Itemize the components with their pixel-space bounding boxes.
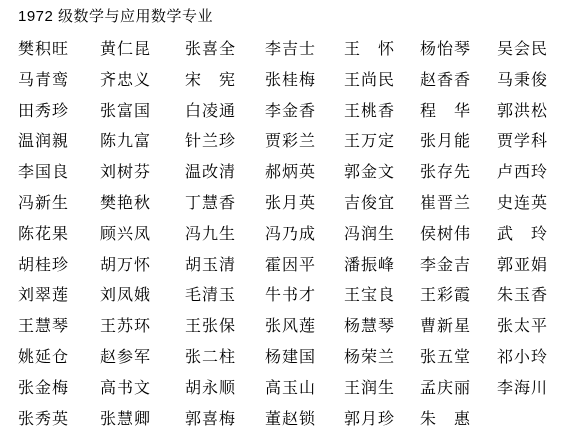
name-cell: 王彩霞: [420, 281, 497, 312]
name-cell: 高书文: [100, 374, 185, 405]
name-cell: 史连英: [497, 189, 580, 220]
name-cell: 董赵锁: [265, 405, 344, 436]
name-cell: 程 华: [420, 97, 497, 128]
name-cell: 李海川: [497, 374, 580, 405]
name-cell: 牛书才: [265, 281, 344, 312]
name-cell: 张桂梅: [265, 66, 344, 97]
name-cell: 黄仁昆: [100, 35, 185, 66]
document-page: 1972 级数学与应用数学专业 樊积旺黄仁昆张喜全李吉士王 怀杨怡琴吴会民马青鸾…: [0, 0, 580, 437]
name-cell: 李金香: [265, 97, 344, 128]
name-cell: 毛清玉: [185, 281, 265, 312]
name-cell: 丁慧香: [185, 189, 265, 220]
name-cell: 温改清: [185, 158, 265, 189]
name-cell: 张喜全: [185, 35, 265, 66]
name-cell: 王慧琴: [18, 312, 100, 343]
name-cell: 贾学科: [497, 127, 580, 158]
name-cell: 温润親: [18, 127, 100, 158]
name-cell: 胡万怀: [100, 251, 185, 282]
name-cell: [497, 405, 580, 436]
name-cell: 朱玉香: [497, 281, 580, 312]
name-cell: 张月英: [265, 189, 344, 220]
page-title: 1972 级数学与应用数学专业: [18, 6, 580, 28]
name-cell: 刘翠莲: [18, 281, 100, 312]
name-cell: 李金吉: [420, 251, 497, 282]
name-cell: 张存先: [420, 158, 497, 189]
name-cell: 杨慧琴: [344, 312, 420, 343]
name-cell: 贾彩兰: [265, 127, 344, 158]
name-cell: 高玉山: [265, 374, 344, 405]
name-cell: 赵参军: [100, 343, 185, 374]
name-cell: 王宝良: [344, 281, 420, 312]
name-cell: 张慧卿: [100, 405, 185, 436]
name-cell: 马秉俊: [497, 66, 580, 97]
name-cell: 田秀珍: [18, 97, 100, 128]
name-list-grid: 樊积旺黄仁昆张喜全李吉士王 怀杨怡琴吴会民马青鸾齐忠义宋 宪张桂梅王尚民赵香香马…: [18, 35, 580, 435]
name-cell: 郭洪松: [497, 97, 580, 128]
name-cell: 王润生: [344, 374, 420, 405]
name-cell: 冯新生: [18, 189, 100, 220]
name-cell: 张月能: [420, 127, 497, 158]
name-cell: 侯树伟: [420, 220, 497, 251]
name-cell: 王尚民: [344, 66, 420, 97]
name-cell: 郭亚娟: [497, 251, 580, 282]
name-cell: 冯润生: [344, 220, 420, 251]
name-cell: 王万定: [344, 127, 420, 158]
name-cell: 张二柱: [185, 343, 265, 374]
name-cell: 杨荣兰: [344, 343, 420, 374]
name-cell: 霍因平: [265, 251, 344, 282]
name-cell: 胡桂珍: [18, 251, 100, 282]
name-cell: 张风莲: [265, 312, 344, 343]
name-cell: 张金梅: [18, 374, 100, 405]
name-cell: 曹新星: [420, 312, 497, 343]
name-cell: 刘树芬: [100, 158, 185, 189]
name-cell: 针兰珍: [185, 127, 265, 158]
name-cell: 冯乃成: [265, 220, 344, 251]
name-cell: 孟庆丽: [420, 374, 497, 405]
name-cell: 郝炳英: [265, 158, 344, 189]
name-cell: 崔晋兰: [420, 189, 497, 220]
name-cell: 王张保: [185, 312, 265, 343]
name-cell: 王桃香: [344, 97, 420, 128]
name-cell: 杨怡琴: [420, 35, 497, 66]
name-cell: 李国良: [18, 158, 100, 189]
name-cell: 刘凤娥: [100, 281, 185, 312]
name-cell: 樊艳秋: [100, 189, 185, 220]
name-cell: 祁小玲: [497, 343, 580, 374]
name-cell: 郭喜梅: [185, 405, 265, 436]
name-cell: 张太平: [497, 312, 580, 343]
name-cell: 李吉士: [265, 35, 344, 66]
name-cell: 陈花果: [18, 220, 100, 251]
name-cell: 胡玉清: [185, 251, 265, 282]
name-cell: 宋 宪: [185, 66, 265, 97]
name-cell: 赵香香: [420, 66, 497, 97]
name-cell: 武 玲: [497, 220, 580, 251]
name-cell: 张秀英: [18, 405, 100, 436]
name-cell: 齐忠义: [100, 66, 185, 97]
name-cell: 王 怀: [344, 35, 420, 66]
name-cell: 胡永顺: [185, 374, 265, 405]
name-cell: 姚延仓: [18, 343, 100, 374]
name-cell: 张富国: [100, 97, 185, 128]
name-cell: 王苏环: [100, 312, 185, 343]
name-cell: 潘振峰: [344, 251, 420, 282]
name-cell: 马青鸾: [18, 66, 100, 97]
name-cell: 陈九富: [100, 127, 185, 158]
name-cell: 杨建国: [265, 343, 344, 374]
name-cell: 郭金文: [344, 158, 420, 189]
name-cell: 樊积旺: [18, 35, 100, 66]
name-cell: 郭月珍: [344, 405, 420, 436]
name-cell: 卢西玲: [497, 158, 580, 189]
name-cell: 吴会民: [497, 35, 580, 66]
name-cell: 张五堂: [420, 343, 497, 374]
name-cell: 朱 惠: [420, 405, 497, 436]
name-cell: 白凌通: [185, 97, 265, 128]
name-cell: 冯九生: [185, 220, 265, 251]
name-cell: 顾兴凤: [100, 220, 185, 251]
name-cell: 吉俊宜: [344, 189, 420, 220]
